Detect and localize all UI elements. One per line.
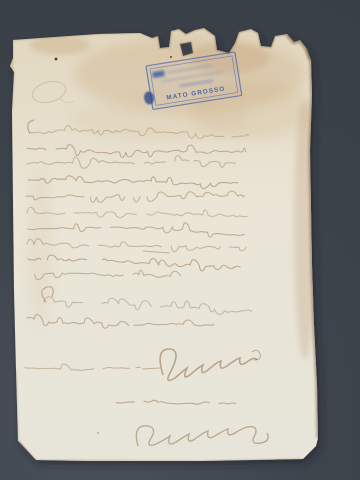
stain — [28, 170, 52, 330]
stain — [30, 35, 90, 55]
speck — [170, 56, 172, 58]
photograph-background: MATO GROSSO — [0, 0, 360, 480]
manuscript-photo: MATO GROSSO — [0, 0, 360, 480]
speck — [213, 30, 215, 32]
speck — [55, 58, 58, 61]
speck — [97, 432, 99, 434]
